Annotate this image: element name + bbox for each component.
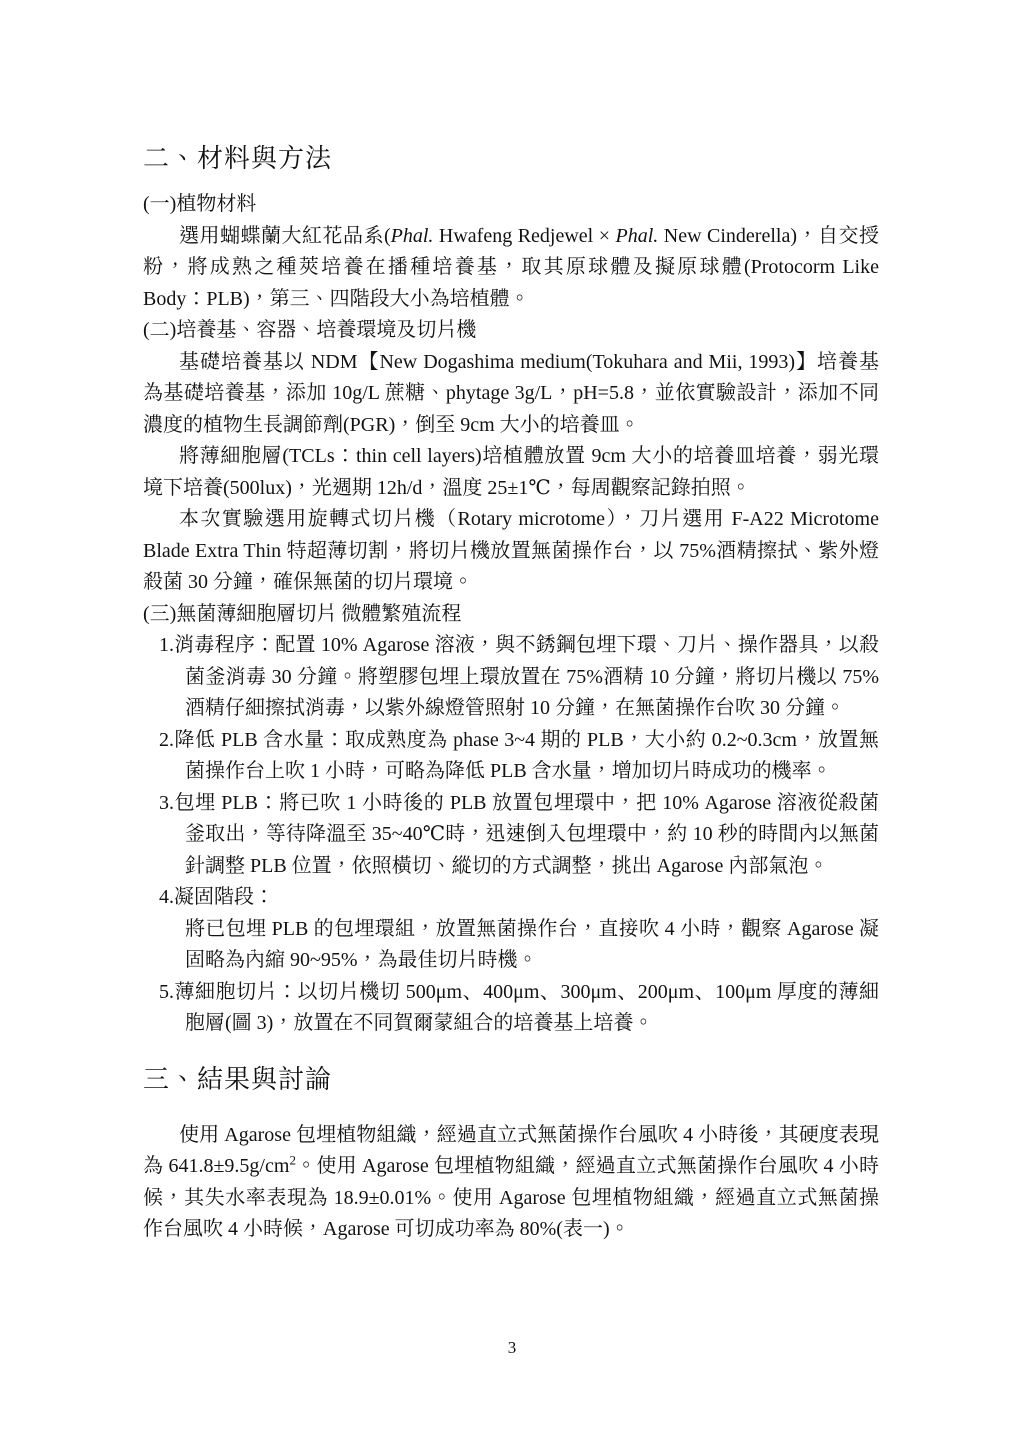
subsection-title-aseptic-tcl-procedure: (三)無菌薄細胞層切片 微體繁殖流程 bbox=[143, 599, 879, 631]
section-heading-results: 三、結果與討論 bbox=[143, 1064, 879, 1096]
page-number: 3 bbox=[0, 1332, 1024, 1364]
subsection-title-medium-equipment: (二)培養基、容器、培養環境及切片機 bbox=[143, 315, 879, 347]
list-item-step3-embedding: 3.包埋 PLB：將已吹 1 小時後的 PLB 放置包埋環中，把 10% Aga… bbox=[185, 788, 879, 883]
subsection-title-plant-material: (一)植物材料 bbox=[143, 189, 879, 221]
text-segment: 選用蝴蝶蘭大紅花品系( bbox=[179, 225, 391, 247]
species-name-italic: Phal. bbox=[391, 225, 434, 247]
paragraph-culture-conditions: 將薄細胞層(TCLs：thin cell layers)培植體放置 9cm 大小… bbox=[143, 441, 879, 504]
list-item-step2-reduce-water: 2.降低 PLB 含水量：取成熟度為 phase 3~4 期的 PLB，大小約 … bbox=[185, 725, 879, 788]
list-item-step5-sectioning: 5.薄細胞切片：以切片機切 500μm、400μm、300μm、200μm、10… bbox=[185, 977, 879, 1040]
text-segment: Hwafeng Redjewel × bbox=[433, 225, 615, 247]
list-item-step4-solidify-body: 將已包埋 PLB 的包埋環組，放置無菌操作台，直接吹 4 小時，觀察 Agaro… bbox=[185, 914, 879, 977]
list-item-step1-disinfection: 1.消毒程序：配置 10% Agarose 溶液，與不銹鋼包埋下環、刀片、操作器… bbox=[185, 630, 879, 725]
paragraph-plant-material: 選用蝴蝶蘭大紅花品系(Phal. Hwafeng Redjewel × Phal… bbox=[143, 221, 879, 316]
species-name-italic: Phal. bbox=[616, 225, 659, 247]
paragraph-basal-medium: 基礎培養基以 NDM【New Dogashima medium(Tokuhara… bbox=[143, 347, 879, 442]
paragraph-results: 使用 Agarose 包埋植物組織，經過直立式無菌操作台風吹 4 小時後，其硬度… bbox=[143, 1120, 879, 1246]
document-page: 二、材料與方法 (一)植物材料 選用蝴蝶蘭大紅花品系(Phal. Hwafeng… bbox=[0, 0, 1024, 1448]
section-heading-methods: 二、材料與方法 bbox=[143, 143, 879, 175]
list-item-step4-solidify-label: 4.凝固階段： bbox=[185, 882, 879, 914]
paragraph-microtome: 本次實驗選用旋轉式切片機（Rotary microtome），刀片選用 F-A2… bbox=[143, 504, 879, 599]
